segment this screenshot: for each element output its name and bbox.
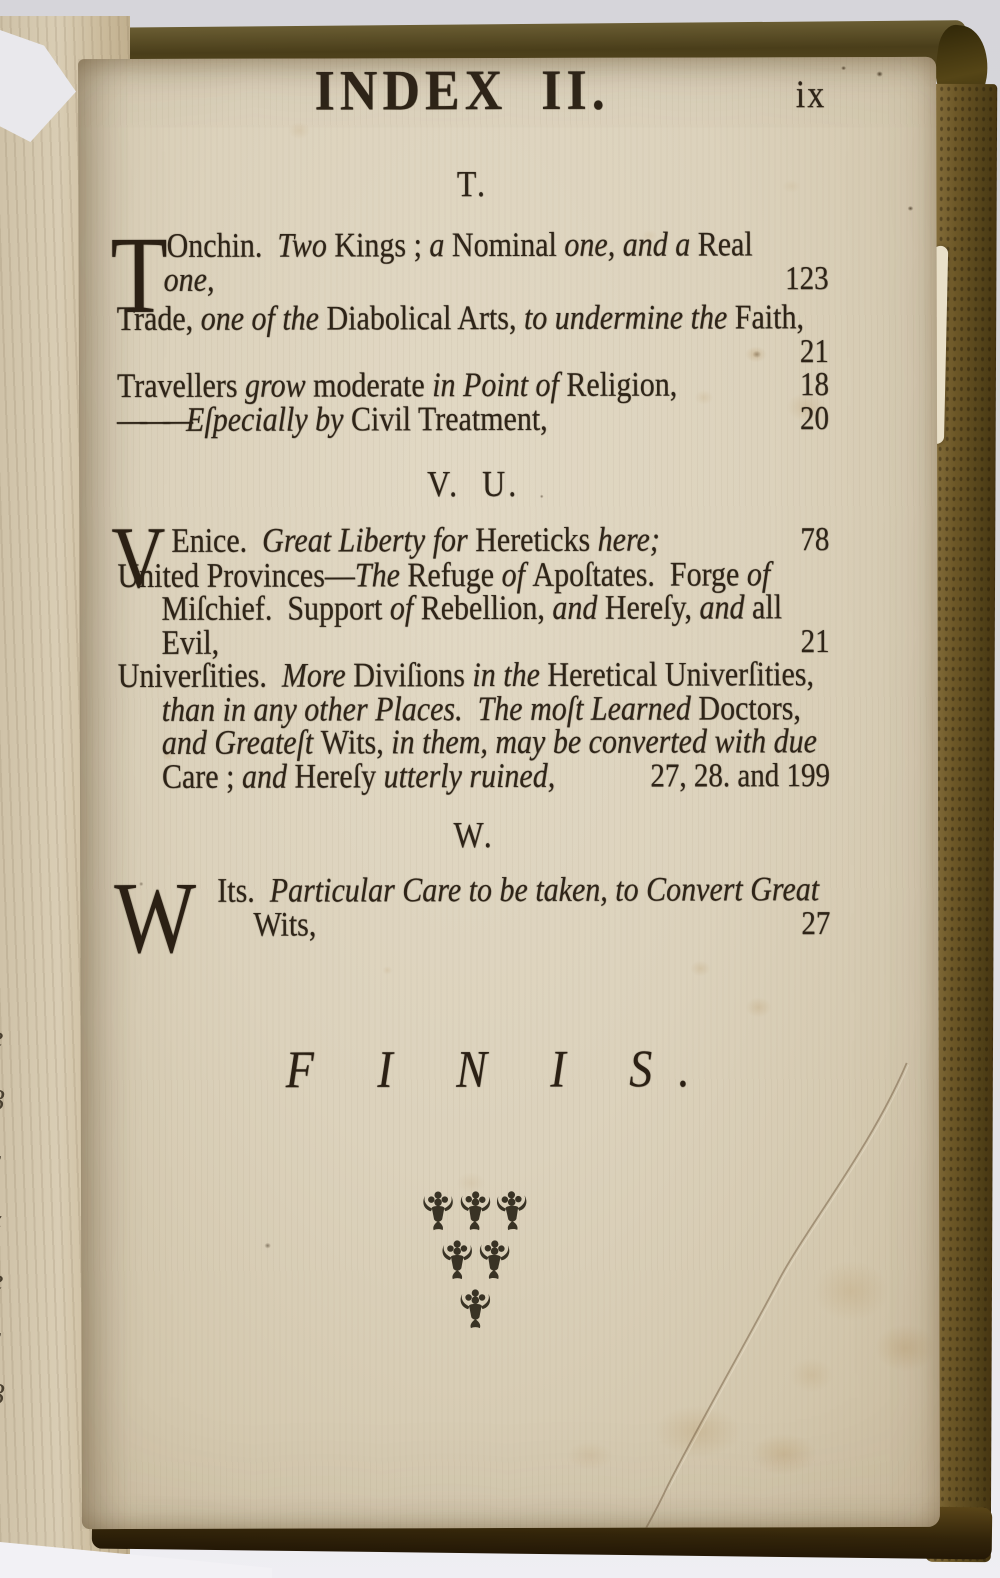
page-number: 20 bbox=[786, 404, 829, 438]
entry-line: Care ; and Hereſy utterly ruined,27, 28.… bbox=[118, 760, 830, 795]
text-segment: of bbox=[747, 555, 770, 593]
finis-text: F I N I S. bbox=[119, 1039, 831, 1111]
text-segment: Kings ; bbox=[334, 226, 429, 264]
text-segment: a bbox=[429, 226, 452, 264]
index-entry: United Provinces—The Refuge of Apoſtates… bbox=[117, 559, 829, 661]
index-entry: TOnchin. Two Kings ; a Nominal one, and … bbox=[117, 229, 829, 298]
text-segment: Care ; bbox=[162, 757, 242, 795]
page-number: 123 bbox=[771, 264, 829, 298]
entry-line: ———Eſpecially by Civil Treatment,20 bbox=[117, 403, 829, 438]
stain-mark bbox=[781, 1351, 841, 1399]
folio-number: ix bbox=[796, 78, 827, 116]
text-segment: to undermine the bbox=[524, 298, 735, 337]
entry-line: Miſchief. Support of Rebellion, and Here… bbox=[117, 592, 829, 627]
edge-text-fragment: 3 bbox=[0, 1084, 17, 1119]
stain-mark bbox=[863, 1315, 947, 1381]
text-segment: utterly ruined, bbox=[383, 756, 555, 794]
ornament-row bbox=[119, 1287, 831, 1335]
entry-line: Enice. Great Liberty for Hereticks here;… bbox=[117, 524, 829, 559]
text-segment: Evil, bbox=[162, 623, 220, 661]
text-segment: Refuge bbox=[407, 556, 501, 594]
edge-text-fragment: s bbox=[0, 1144, 17, 1179]
stain-mark bbox=[738, 1425, 830, 1483]
entry-text: Travellers grow moderate in Point of Rel… bbox=[117, 370, 677, 405]
entry-line: Its. Particular Care to be taken, to Con… bbox=[118, 874, 830, 909]
index-entry: WIts. Particular Care to be taken, to Co… bbox=[118, 874, 830, 943]
page-number: 27 bbox=[787, 909, 830, 943]
text-segment: Two bbox=[277, 227, 334, 265]
text-segment: Univerſities. bbox=[118, 657, 282, 695]
page-number: 27, 28. and 199 bbox=[636, 761, 830, 795]
index-entry: Travellers grow moderate in Point of Rel… bbox=[117, 369, 829, 438]
text-segment: grow bbox=[245, 367, 313, 405]
text-segment: Hereticks bbox=[475, 521, 598, 559]
ornament-block bbox=[119, 1189, 831, 1335]
section-heading: W. bbox=[118, 815, 830, 857]
text-segment: More bbox=[282, 656, 353, 694]
page-number: 18 bbox=[786, 370, 829, 404]
fleuron-icon bbox=[456, 1190, 493, 1237]
text-segment: Faith, bbox=[735, 298, 804, 336]
text-column: INDEX II. ix T.TOnchin. Two Kings ; a No… bbox=[116, 57, 831, 1335]
text-segment: The bbox=[355, 556, 408, 594]
text-segment: Hereſy, bbox=[605, 589, 700, 627]
edge-text-fragment: e bbox=[0, 1021, 17, 1056]
index-sections: T.TOnchin. Two Kings ; a Nominal one, an… bbox=[116, 164, 830, 943]
text-segment: Onchin. bbox=[167, 227, 278, 265]
text-segment: Particular Care to be taken, to Convert … bbox=[270, 870, 819, 909]
fleuron-icon bbox=[457, 1288, 493, 1334]
text-segment: Enice. bbox=[171, 522, 262, 560]
section-heading: T. bbox=[116, 164, 828, 206]
entry-line: one,123 bbox=[117, 263, 829, 298]
edge-text-fragment: z bbox=[0, 1204, 17, 1239]
text-segment: Its. bbox=[217, 872, 270, 910]
text-segment: Eſpecially by bbox=[186, 400, 351, 438]
drop-cap: T bbox=[111, 225, 168, 325]
text-segment: all bbox=[752, 588, 782, 626]
entry-text: Trade, one of the Diabolical Arts, to un… bbox=[117, 302, 804, 337]
entry-line: Trade, one of the Diabolical Arts, to un… bbox=[117, 302, 829, 337]
text-segment: in them, may be converted with due bbox=[391, 722, 817, 761]
edge-text-fragment: 3 bbox=[0, 1378, 17, 1413]
text-segment: in Point of bbox=[432, 366, 566, 404]
text-segment: Heretical Univerſities, bbox=[547, 655, 814, 694]
entry-text: Onchin. Two Kings ; a Nominal one, and a… bbox=[117, 229, 753, 264]
text-segment: Hereſy bbox=[294, 757, 383, 795]
text-segment: Great Liberty for bbox=[262, 521, 475, 560]
text-segment: ——— bbox=[117, 400, 186, 438]
text-segment: Religion, bbox=[566, 366, 677, 404]
text-segment: one, and a bbox=[564, 226, 697, 264]
text-segment: Wits, bbox=[321, 723, 392, 761]
index-entry: VEnice. Great Liberty for Hereticks here… bbox=[117, 524, 829, 559]
ornament-row bbox=[119, 1238, 831, 1286]
stain-mark bbox=[875, 70, 884, 78]
stain-mark bbox=[906, 205, 914, 212]
text-segment: Rebellion, bbox=[421, 589, 553, 627]
entry-text: Its. Particular Care to be taken, to Con… bbox=[118, 874, 819, 909]
text-segment: one of the bbox=[201, 300, 327, 338]
stain-mark bbox=[558, 1436, 622, 1476]
entry-line: Wits,27 bbox=[118, 908, 830, 943]
text-segment: and bbox=[242, 757, 295, 795]
entry-text: Care ; and Hereſy utterly ruined, bbox=[118, 760, 555, 795]
fleuron-icon bbox=[420, 1190, 456, 1236]
text-segment: one, bbox=[164, 260, 215, 298]
text-segment: moderate bbox=[313, 366, 432, 404]
text-segment: Travellers bbox=[117, 367, 245, 405]
index-entry: Univerſities. More Diviſions in the Here… bbox=[118, 659, 830, 795]
edge-text-fragment: e bbox=[0, 1264, 17, 1299]
page-header: INDEX II. ix bbox=[116, 64, 828, 124]
text-segment: of bbox=[501, 556, 532, 594]
entry-line: Onchin. Two Kings ; a Nominal one, and a… bbox=[117, 229, 829, 264]
page-number: 21 bbox=[786, 337, 829, 371]
drop-cap: V bbox=[111, 518, 165, 600]
text-segment: Civil Treatment, bbox=[351, 399, 548, 437]
text-segment: Wits, bbox=[253, 905, 316, 943]
text-segment: Miſchief. Support bbox=[161, 589, 389, 628]
stain-mark bbox=[840, 65, 847, 71]
text-segment: and bbox=[552, 589, 605, 627]
photo-scene: e3szes3 INDEX II. ix T.TOnchin. Two King… bbox=[0, 0, 1000, 1578]
text-segment: of bbox=[390, 589, 421, 627]
ornament-row bbox=[119, 1189, 831, 1237]
paper-flap bbox=[0, 30, 76, 142]
entry-text: Enice. Great Liberty for Hereticks here; bbox=[117, 525, 660, 560]
text-segment: here; bbox=[598, 521, 660, 559]
text-segment: Diabolical Arts, bbox=[326, 299, 524, 337]
drop-cap: W bbox=[114, 872, 194, 966]
book-page: INDEX II. ix T.TOnchin. Two Kings ; a No… bbox=[78, 57, 940, 1529]
page-title: INDEX II. bbox=[315, 65, 610, 122]
fleuron-icon bbox=[439, 1239, 475, 1285]
section-heading: V. U. bbox=[117, 464, 829, 506]
entry-text: ———Eſpecially by Civil Treatment, bbox=[117, 403, 548, 438]
fleuron-icon bbox=[475, 1238, 512, 1285]
text-segment: and Greateſt bbox=[162, 724, 321, 762]
entry-text: Miſchief. Support of Rebellion, and Here… bbox=[117, 592, 782, 627]
text-segment: Real bbox=[698, 225, 753, 263]
text-segment: Doctors, bbox=[698, 689, 801, 727]
edge-text-fragment: s bbox=[0, 1321, 17, 1356]
fleuron-icon bbox=[493, 1189, 531, 1236]
index-entry: Trade, one of the Diabolical Arts, to un… bbox=[117, 302, 829, 371]
text-segment: Nominal bbox=[452, 226, 565, 264]
page-number: 78 bbox=[786, 525, 829, 559]
text-segment: and bbox=[699, 588, 752, 626]
text-segment: Diviſions bbox=[353, 656, 472, 694]
text-segment: in the bbox=[472, 656, 547, 694]
